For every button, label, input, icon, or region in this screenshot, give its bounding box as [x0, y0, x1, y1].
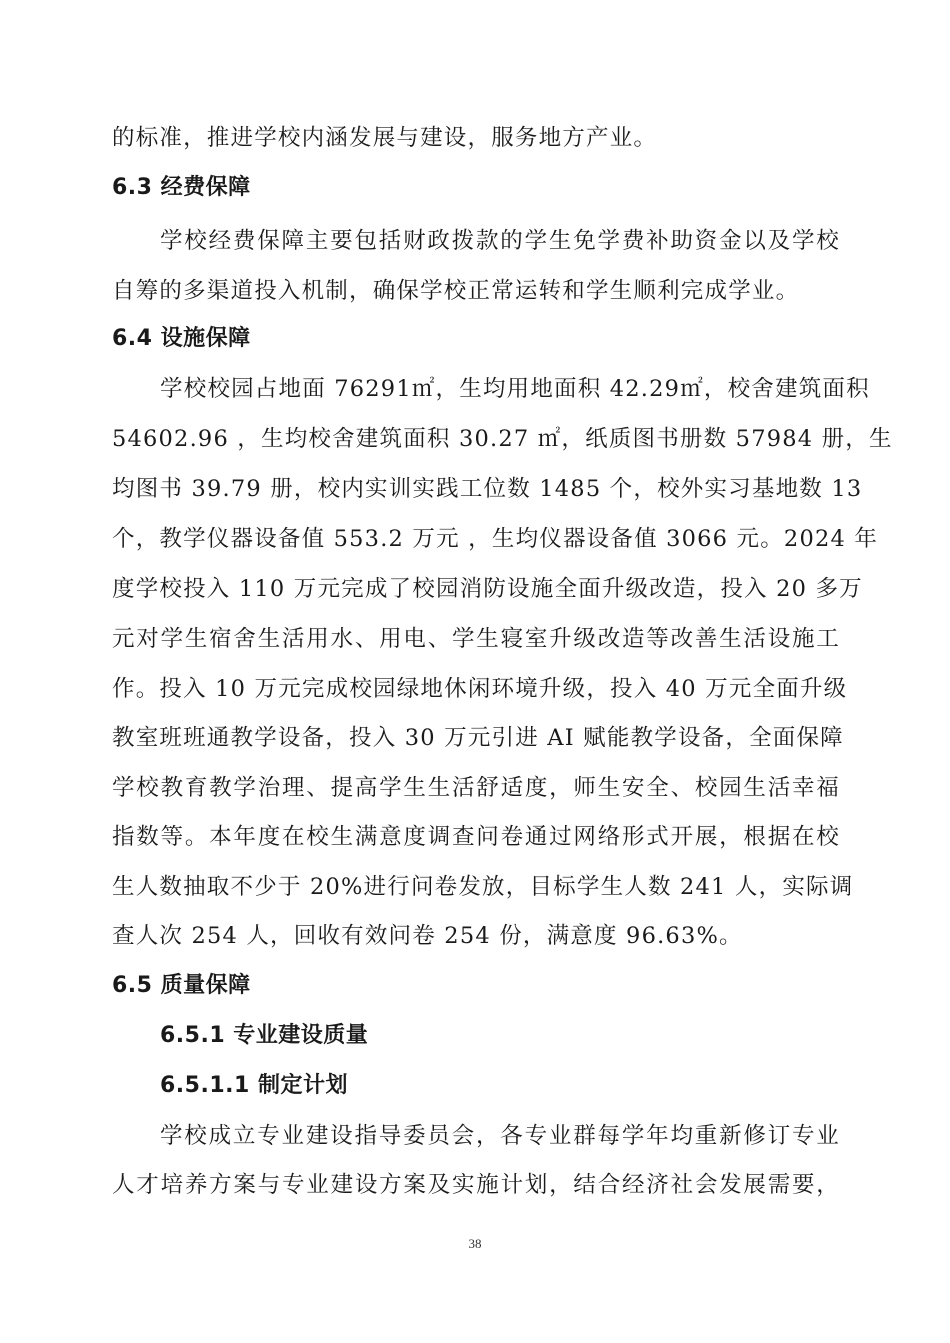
document-page: 的标准，推进学校内涵发展与建设，服务地方产业。 6.3 经费保障 学校经费保障主…	[0, 0, 950, 1343]
paragraph-line: 指数等。本年度在校生满意度调查问卷通过网络形式开展，根据在校	[112, 822, 840, 852]
paragraph-line: 人才培养方案与专业建设方案及实施计划，结合经济社会发展需要，	[112, 1170, 840, 1200]
section-heading-6-5: 6.5 质量保障	[112, 971, 251, 1001]
subsection-heading-6-5-1: 6.5.1 专业建设质量	[160, 1021, 368, 1051]
page-number: 38	[0, 1236, 950, 1252]
section-heading-6-4: 6.4 设施保障	[112, 324, 251, 354]
paragraph-line: 个，教学仪器设备值 553.2 万元 ，生均仪器设备值 3066 元。2024 …	[112, 524, 840, 554]
paragraph-line: 度学校投入 110 万元完成了校园消防设施全面升级改造，投入 20 多万	[112, 574, 840, 604]
paragraph-line: 学校教育教学治理、提高学生生活舒适度，师生安全、校园生活幸福	[112, 773, 840, 803]
paragraph-line: 查人次 254 人，回收有效问卷 254 份，满意度 96.63%。	[112, 921, 840, 951]
paragraph-line: 均图书 39.79 册，校内实训实践工位数 1485 个，校外实习基地数 13	[112, 474, 840, 504]
paragraph-line: 学校成立专业建设指导委员会，各专业群每学年均重新修订专业	[160, 1121, 840, 1151]
paragraph-line: 学校经费保障主要包括财政拨款的学生免学费补助资金以及学校	[160, 226, 840, 256]
paragraph-line: 自筹的多渠道投入机制，确保学校正常运转和学生顺利完成学业。	[112, 276, 840, 306]
paragraph-line: 教室班班通教学设备，投入 30 万元引进 AI 赋能教学设备，全面保障	[112, 723, 840, 753]
paragraph-line: 作。投入 10 万元完成校园绿地休闲环境升级，投入 40 万元全面升级	[112, 674, 840, 704]
section-heading-6-3: 6.3 经费保障	[112, 173, 251, 203]
paragraph-line: 生人数抽取不少于 20%进行问卷发放，目标学生人数 241 人，实际调	[112, 872, 840, 902]
paragraph-line: 的标准，推进学校内涵发展与建设，服务地方产业。	[112, 123, 840, 153]
paragraph-line: 54602.96 ，生均校舍建筑面积 30.27 ㎡，纸质图书册数 57984 …	[112, 424, 840, 454]
subsection-heading-6-5-1-1: 6.5.1.1 制定计划	[160, 1071, 348, 1101]
paragraph-line: 学校校园占地面 76291㎡，生均用地面积 42.29㎡，校舍建筑面积	[160, 374, 840, 404]
paragraph-line: 元对学生宿舍生活用水、用电、学生寝室升级改造等改善生活设施工	[112, 624, 840, 654]
